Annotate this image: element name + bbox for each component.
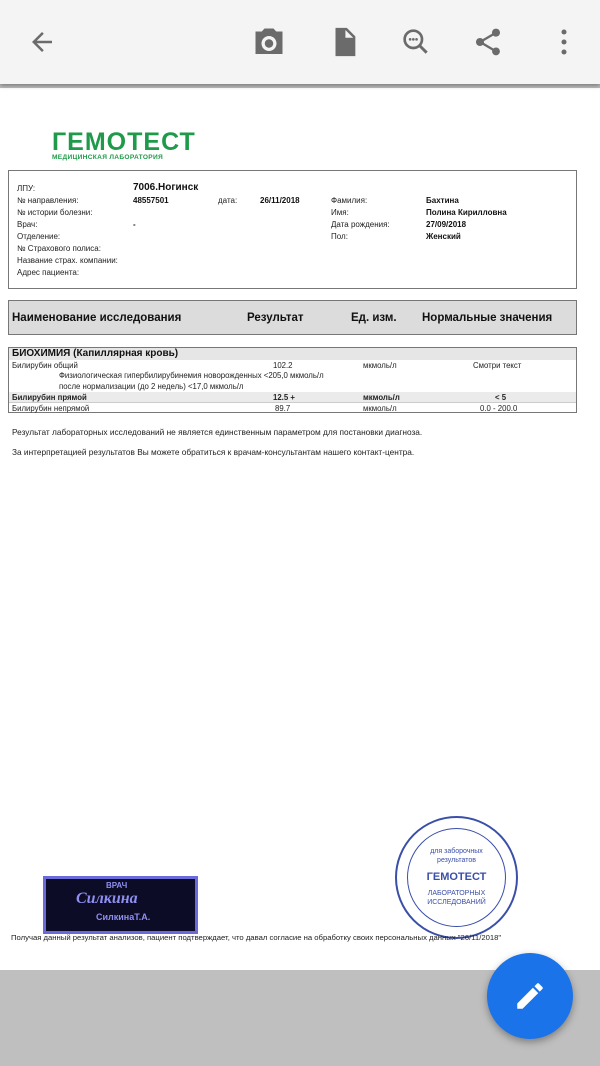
address-label: Адрес пациента: [17, 268, 79, 277]
referral-label: № направления: [17, 196, 79, 205]
patient-info-box: ЛПУ: 7006.Ногинск № направления: 4855750… [8, 170, 577, 289]
test-name: Билирубин непрямой [12, 404, 89, 413]
lab-logo: ГЕМОТЕСТ МЕДИЦИНСКАЯ ЛАБОРАТОРИЯ [52, 131, 196, 161]
seal-line-4: ИССЛЕДОВАНИЙ [397, 899, 516, 906]
document-page: ГЕМОТЕСТ МЕДИЦИНСКАЯ ЛАБОРАТОРИЯ ЛПУ: 70… [0, 88, 600, 970]
lab-seal-stamp: для заборочных результатов ГЕМОТЕСТ ЛАБО… [395, 816, 518, 939]
seal-line-1: для заборочных [397, 848, 516, 855]
consent-note: Получая данный результат анализов, пацие… [11, 933, 501, 942]
camera-icon [251, 24, 287, 60]
test-norm: Смотри текст [473, 361, 521, 370]
doctor-value: - [133, 220, 136, 229]
dob-label: Дата рождения: [331, 220, 390, 229]
insurer-label: Название страх. компании: [17, 256, 118, 265]
signature-title: ВРАЧ [106, 881, 127, 890]
signature-name: СилкинаТ.А. [96, 912, 150, 922]
edit-pencil-icon [513, 979, 547, 1013]
app-toolbar [0, 0, 600, 84]
col-result-header: Результат [247, 312, 303, 324]
test-result: 102.2 [273, 361, 293, 370]
sex-label: Пол: [331, 232, 348, 241]
comment-text-2: после нормализации (до 2 недель) <17,0 м… [59, 382, 243, 391]
results-table-header: Наименование исследования Результат Ед. … [8, 300, 577, 335]
test-result: 12.5 + [273, 393, 295, 402]
comment-line: после нормализации (до 2 недель) <17,0 м… [9, 381, 576, 392]
test-name: Билирубин общий [12, 361, 78, 370]
table-row: Билирубин непрямой 89.7 мкмоль/л 0.0 - 2… [9, 402, 576, 412]
results-table: БИОХИМИЯ (Капиллярная кровь) Билирубин о… [8, 347, 577, 413]
edit-fab-button[interactable] [487, 953, 573, 1039]
document-button[interactable] [324, 22, 364, 62]
department-label: Отделение: [17, 232, 60, 241]
col-unit-header: Ед. изм. [351, 312, 397, 324]
test-unit: мкмоль/л [363, 361, 397, 370]
date-value: 26/11/2018 [260, 196, 300, 205]
camera-button[interactable] [249, 22, 289, 62]
comment-line: Физиологическая гипербилирубинемия новор… [9, 370, 576, 381]
back-arrow-icon [27, 27, 57, 57]
surname-label: Фамилия: [331, 196, 367, 205]
share-icon [472, 26, 504, 58]
signature-scribble: Силкина [76, 890, 138, 908]
doctor-signature-stamp: ВРАЧ Силкина СилкинаТ.А. [43, 876, 198, 934]
section-header: БИОХИМИЯ (Капиллярная кровь) [9, 348, 576, 360]
doctor-label: Врач: [17, 220, 37, 229]
share-button[interactable] [468, 22, 508, 62]
test-unit: мкмоль/л [363, 393, 400, 402]
document-icon [327, 25, 361, 59]
consultation-note: За интерпретацией результатов Вы можете … [12, 447, 414, 457]
table-row: Билирубин общий 102.2 мкмоль/л Смотри те… [9, 360, 576, 370]
more-vert-icon [548, 26, 580, 58]
section-title: БИОХИМИЯ (Капиллярная кровь) [12, 348, 178, 359]
test-unit: мкмоль/л [363, 404, 397, 413]
zoom-search-icon [400, 26, 432, 58]
seal-line-3: ЛАБОРАТОРНЫХ [397, 890, 516, 897]
surname-value: Бахтина [426, 196, 459, 205]
seal-line-2: результатов [397, 857, 516, 864]
col-norm-header: Нормальные значения [422, 312, 552, 324]
history-label: № истории болезни: [17, 208, 92, 217]
seal-brand: ГЕМОТЕСТ [397, 871, 516, 883]
test-name: Билирубин прямой [12, 393, 87, 402]
sex-value: Женский [426, 232, 461, 241]
name-label: Имя: [331, 208, 349, 217]
col-name-header: Наименование исследования [12, 312, 181, 324]
name-value: Полина Кирилловна [426, 208, 507, 217]
test-result: 89.7 [275, 404, 290, 413]
more-options-button[interactable] [544, 22, 584, 62]
search-in-document-button[interactable] [396, 22, 436, 62]
policy-label: № Страхового полиса: [17, 244, 101, 253]
back-button[interactable] [22, 22, 62, 62]
disclaimer-note: Результат лабораторных исследований не я… [12, 427, 422, 437]
logo-title: ГЕМОТЕСТ [52, 131, 196, 153]
dob-value: 27/09/2018 [426, 220, 466, 229]
lpu-label: ЛПУ: [17, 184, 35, 193]
test-norm: < 5 [495, 393, 506, 402]
date-label: дата: [218, 196, 237, 205]
test-norm: 0.0 - 200.0 [480, 404, 517, 413]
referral-value: 48557501 [133, 196, 169, 205]
lpu-value: 7006.Ногинск [133, 182, 198, 193]
comment-text-1: Физиологическая гипербилирубинемия новор… [59, 371, 324, 380]
table-row: Билирубин прямой 12.5 + мкмоль/л < 5 [9, 392, 576, 402]
